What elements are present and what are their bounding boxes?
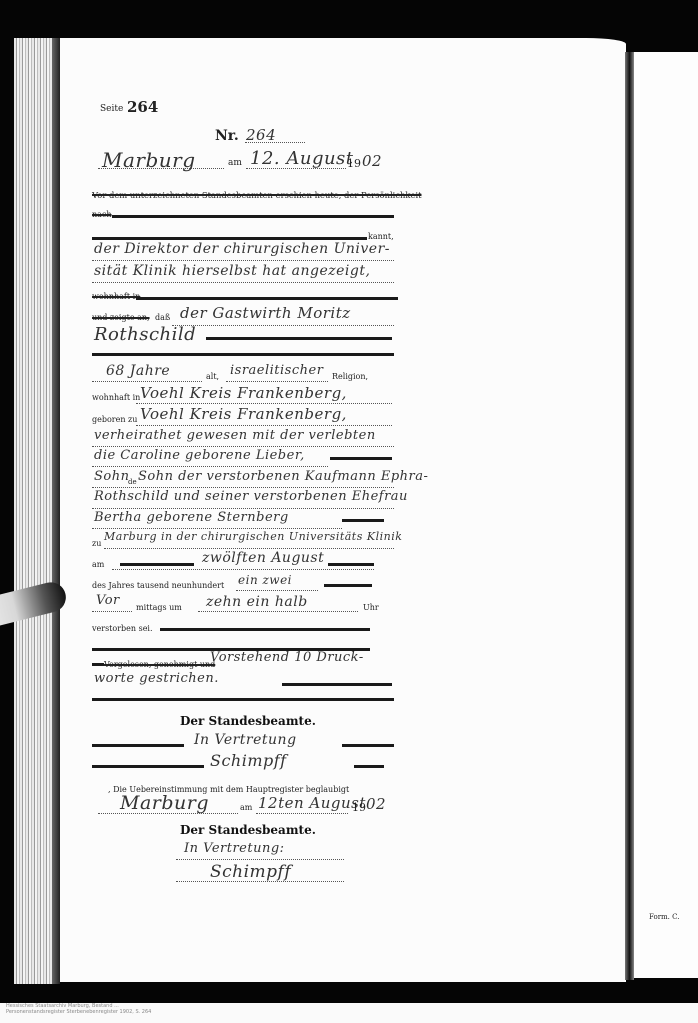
struck-vorgelesen-text: Vorgelesen, genehmigt und (104, 660, 215, 669)
entry-label: Nr. (215, 128, 239, 144)
death-day: zwölften August (202, 550, 324, 566)
informant-line-1: der Direktor der chirurgischen Univer- (94, 241, 390, 257)
cert-am-label: am (240, 803, 252, 812)
parents-line-2: Rothschild und seiner verstorbenen Ehefr… (94, 489, 408, 504)
residence-value: Voehl Kreis Frankenberg, (140, 384, 347, 402)
register-page: Seite 264 Nr. 264 Marburg am 12. August … (60, 38, 626, 982)
jahres-label: des Jahres tausend neunhundert (92, 581, 224, 590)
informant-line-2: sität Klinik hierselbst hat angezeigt, (94, 263, 370, 279)
dass-label: daß (155, 313, 170, 322)
parents-line-3: Bertha geborene Sternberg (94, 510, 289, 525)
struck-nach-text: nach (92, 210, 112, 219)
death-year-words: ein zwei (238, 573, 292, 587)
facing-page-form-label: Form. C. (649, 913, 679, 921)
official-title: In Vertretung (194, 732, 297, 748)
header-year-suffix: 02 (362, 152, 382, 170)
standesbeamte-heading-2: Der Standesbeamte. (180, 823, 316, 837)
religion-value: israelitischer (230, 363, 323, 378)
parents-line-1: Sohn der verstorbenen Kaufmann Ephra- (138, 469, 428, 484)
age-value: 68 Jahre (106, 363, 170, 379)
parents-line-1-start: Sohn (94, 469, 129, 484)
mittags-um-label: mittags um (136, 603, 182, 612)
header-year-prefix: 19 (347, 157, 361, 170)
religion-label: Religion, (332, 372, 368, 381)
cert-signature: Schimpff (210, 862, 291, 882)
cert-year-prefix: 19 (352, 801, 366, 814)
marital-line-2: die Caroline geborene Lieber, (94, 448, 305, 463)
book-gutter (625, 52, 634, 980)
parents-prefix: de (128, 478, 137, 486)
official-signature: Schimpff (210, 751, 287, 770)
scan-image: Seite 264 Nr. 264 Marburg am 12. August … (0, 0, 698, 1003)
uhr-label: Uhr (363, 603, 379, 612)
cert-official-title: In Vertretung: (184, 841, 285, 856)
header-am-label: am (228, 158, 242, 168)
struck-intro-text: Vor dem unterzeichneten Standesbeamten e… (92, 190, 422, 200)
facing-page (634, 52, 698, 978)
meridian: Vor (96, 593, 120, 608)
death-place: Marburg in der chirurgischen Universität… (104, 530, 402, 543)
archive-footer: Hessisches Staatsarchiv Marburg, Bestand… (0, 1003, 698, 1023)
deceased-line-1: der Gastwirth Moritz (180, 304, 351, 322)
zu-label: zu (92, 539, 101, 548)
book-binding-shadow (52, 38, 60, 984)
cert-date: 12ten August (258, 794, 366, 812)
struck-wohnhaft-text: wohnhaft in (92, 292, 140, 301)
header-date: 12. August (250, 148, 354, 169)
marital-line-1: verheirathet gewesen mit der verlebten (94, 428, 376, 443)
wohnhaft-label: wohnhaft in (92, 393, 140, 402)
cert-year-suffix: 02 (366, 795, 386, 813)
note-line-2: worte gestrichen. (94, 671, 219, 686)
death-time: zehn ein halb (206, 594, 308, 610)
note-line-1: Vorstehend 10 Druck- (210, 650, 364, 665)
am-label: am (92, 560, 104, 569)
alt-label: alt, (206, 372, 219, 381)
deceased-line-2: Rothschild (94, 324, 196, 345)
page-number: 264 (127, 98, 158, 116)
birthplace-value: Voehl Kreis Frankenberg, (140, 405, 347, 423)
page-label: Seite (100, 104, 123, 114)
struck-zeigte-text: und zeigte an, (92, 313, 150, 322)
verstorben-label: verstorben sei. (92, 624, 153, 633)
standesbeamte-heading: Der Standesbeamte. (180, 714, 316, 728)
footer-line-2: Personenstandsregister Sterbenebenregist… (6, 1009, 698, 1015)
kannt-label: kannt, (368, 232, 394, 241)
geboren-label: geboren zu (92, 415, 137, 424)
cert-place: Marburg (120, 792, 209, 814)
